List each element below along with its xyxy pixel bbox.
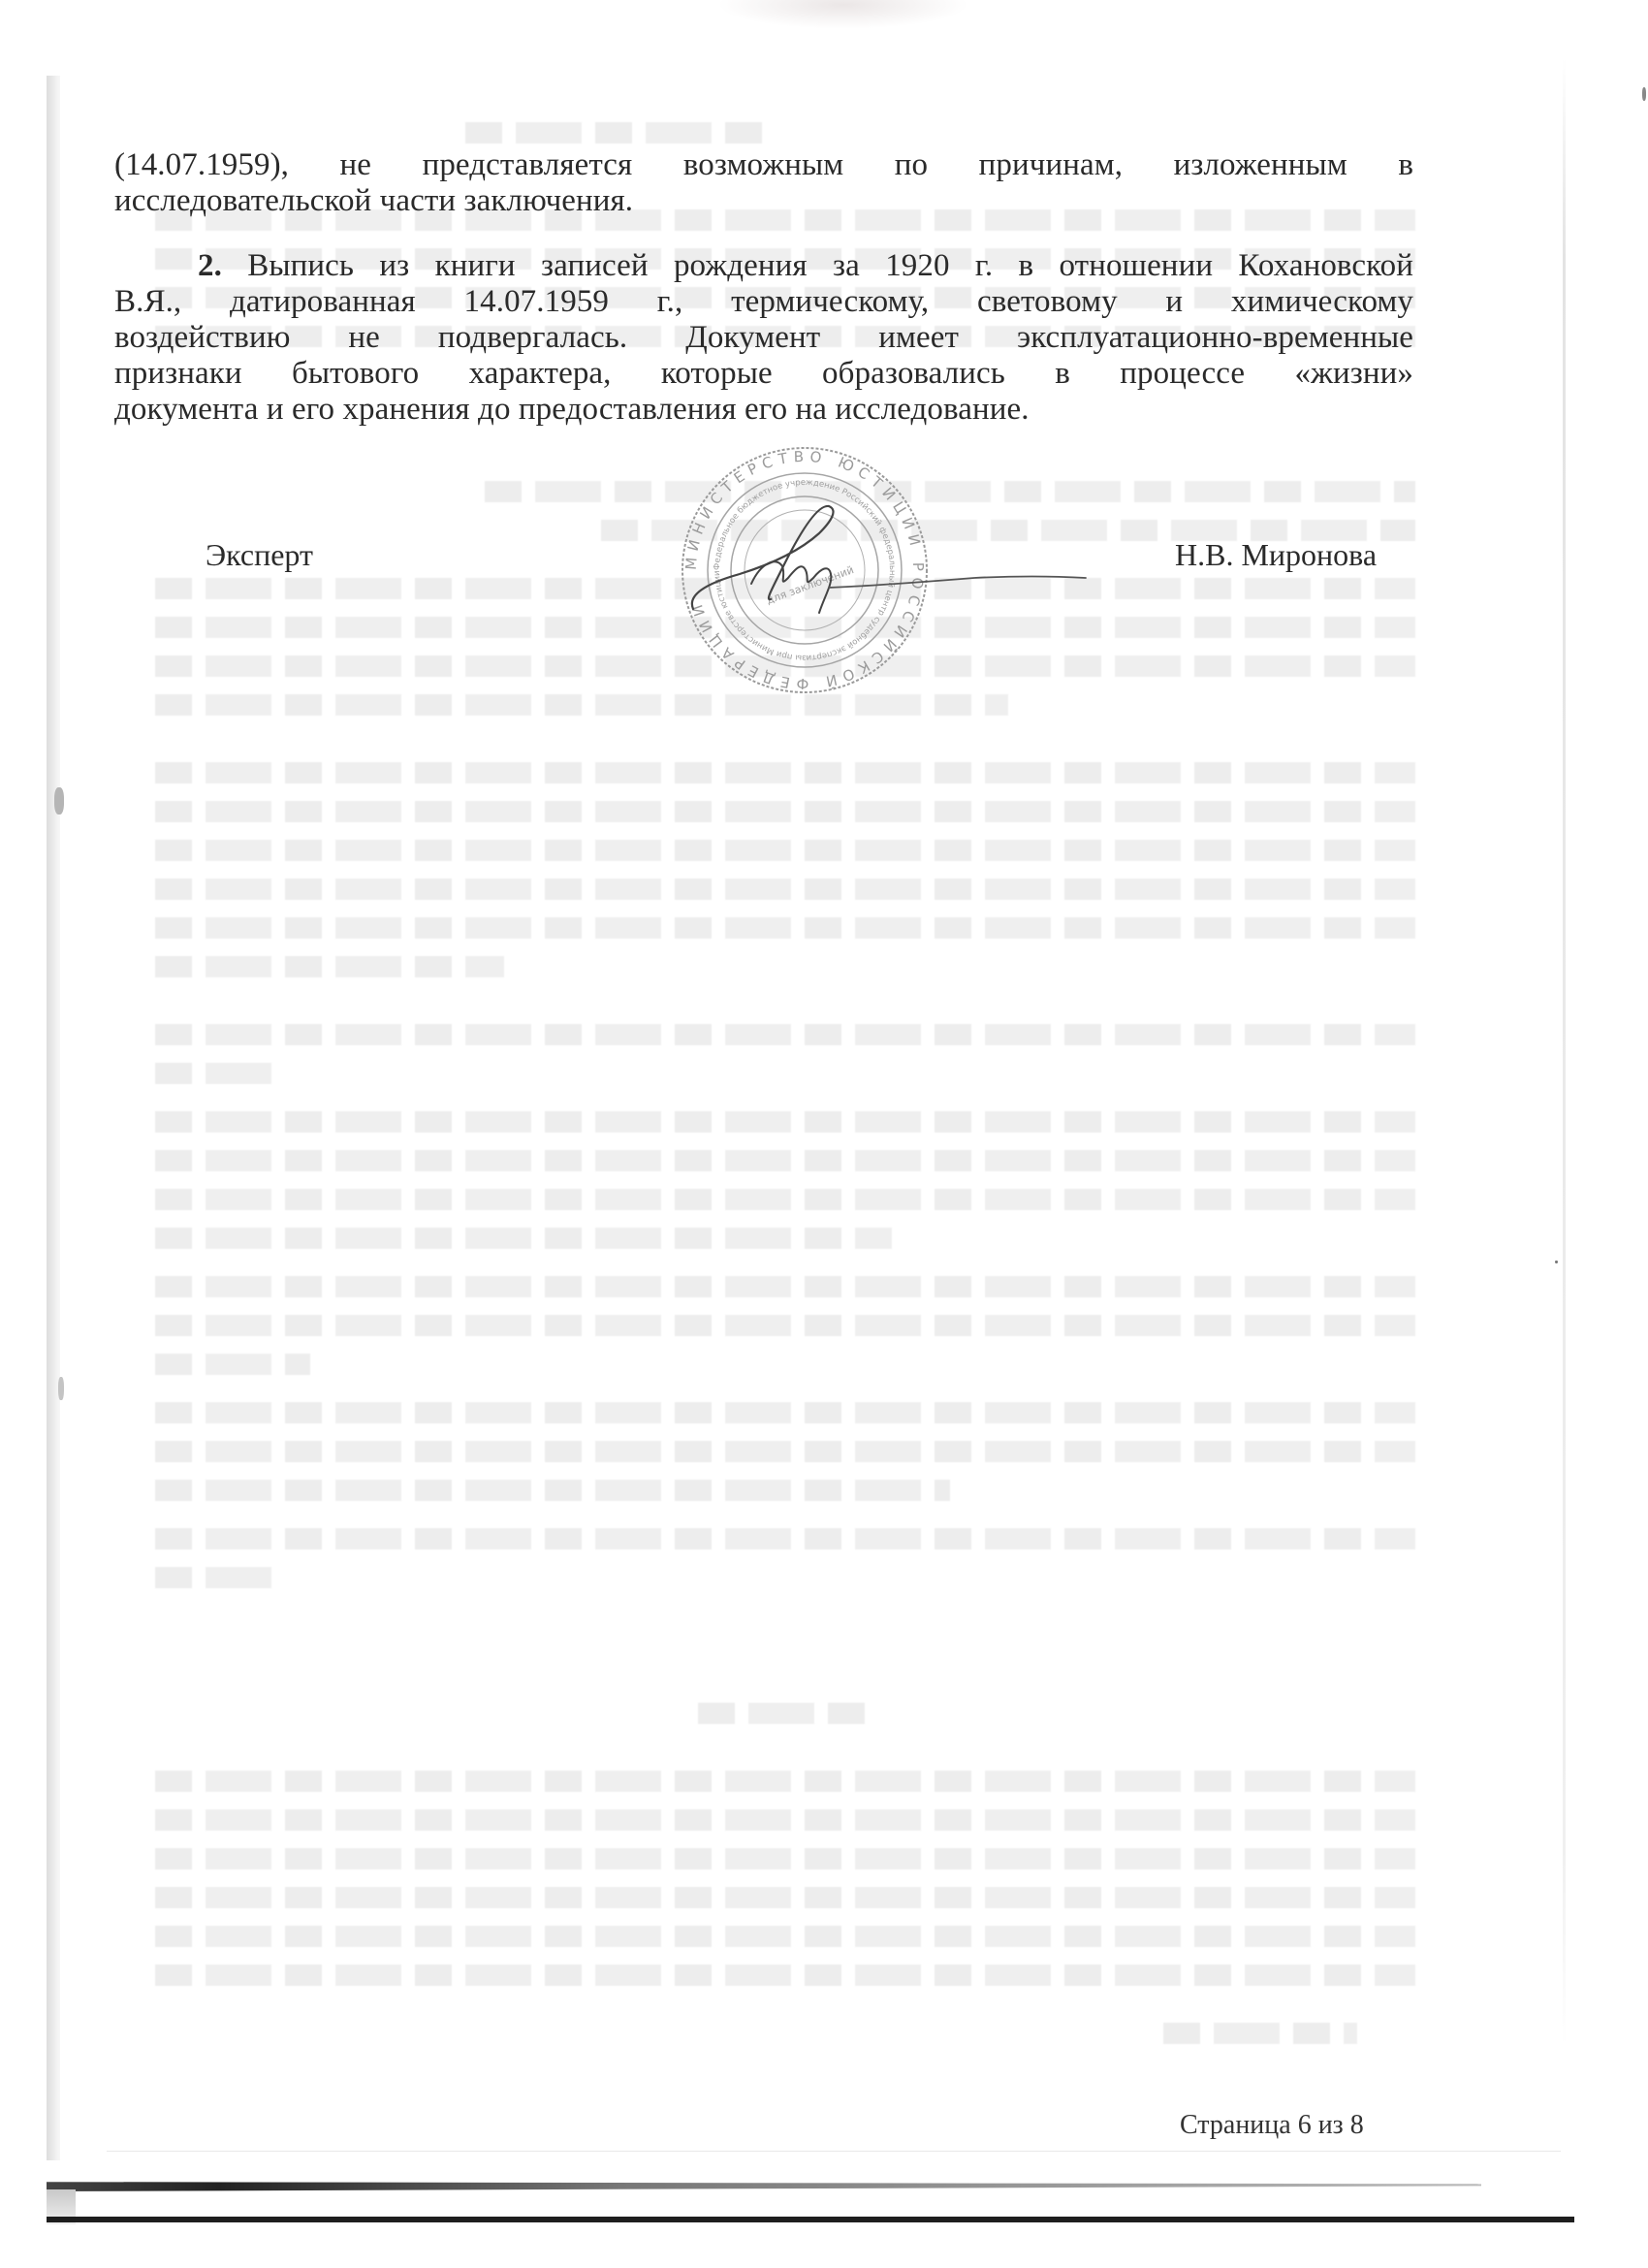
margin-mark <box>1642 87 1646 101</box>
conclusion-number: 2. <box>198 248 222 283</box>
text-line: документа и его хранения до предоставлен… <box>114 392 1413 428</box>
margin-mark <box>1555 1261 1558 1263</box>
scan-edge-right <box>1563 58 1566 2046</box>
paragraph-continuation: (14.07.1959), не представляется возможны… <box>114 147 1413 219</box>
text-line-rest: Выпись из книги записей рождения за 1920… <box>222 248 1413 283</box>
text-line: исследовательской части заключения. <box>114 183 1413 219</box>
scan-shadow-left <box>47 76 60 2160</box>
scan-fold-shadow <box>47 2178 1481 2191</box>
page-number: Страница 6 из 8 <box>1180 2110 1364 2141</box>
margin-mark <box>58 1377 64 1400</box>
text-line: признаки бытового характера, которые обр… <box>114 356 1413 392</box>
scan-bottom-edge <box>47 2217 1574 2222</box>
scan-line <box>107 2151 1561 2152</box>
conclusion-2: 2. Выпись из книги записей рождения за 1… <box>114 248 1413 428</box>
signatory-name: Н.В. Миронова <box>1175 537 1377 573</box>
signatory-role: Эксперт <box>206 537 313 573</box>
scan-smudge <box>717 0 969 29</box>
text-line: воздействию не подвергалась. Документ им… <box>114 320 1413 356</box>
text-line: 2. Выпись из книги записей рождения за 1… <box>114 248 1413 284</box>
text-line: (14.07.1959), не представляется возможны… <box>114 147 1413 183</box>
text-line: В.Я., датированная 14.07.1959 г., термич… <box>114 284 1413 320</box>
signature-icon <box>683 495 1091 621</box>
margin-mark <box>54 787 64 815</box>
